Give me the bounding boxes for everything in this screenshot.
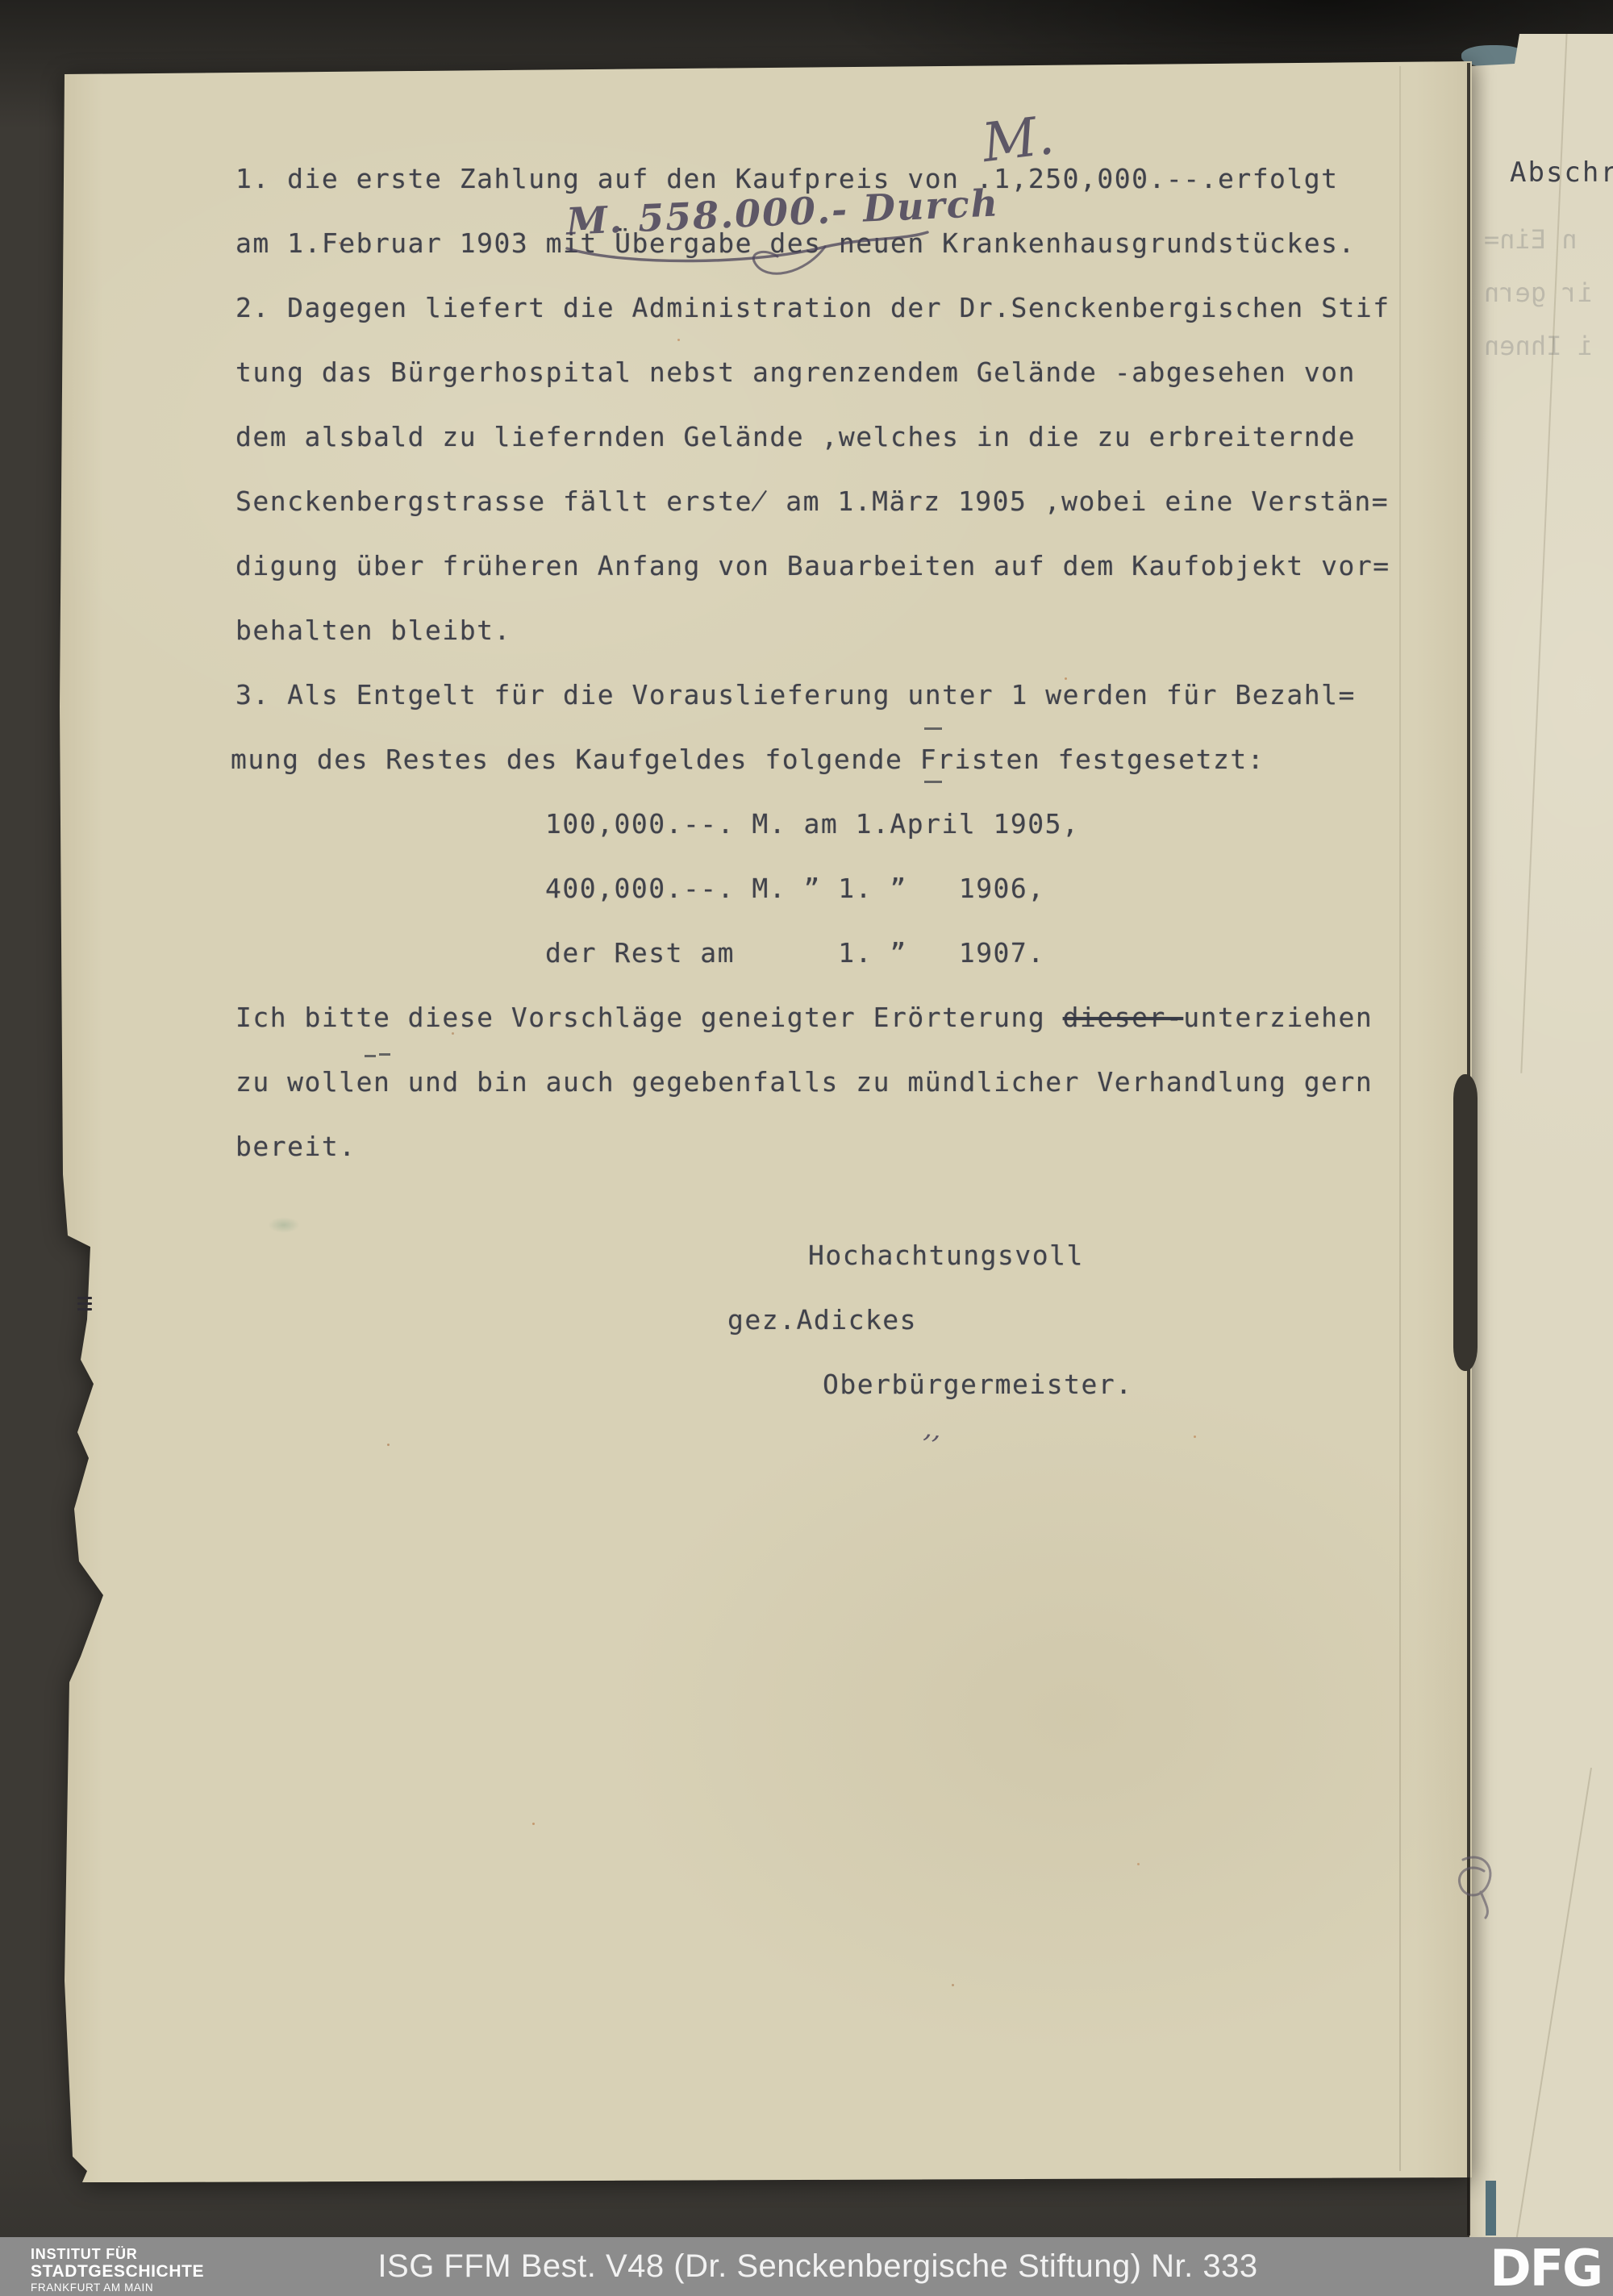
vertical-crease <box>1399 66 1401 2171</box>
typed-line-payment: der Rest am 1. ” 1907. <box>545 937 1045 969</box>
bleed-through-text: ir gern <box>1484 277 1593 308</box>
typed-line-payment: 400,000.--. M. ” 1. ” 1906, <box>545 873 1045 904</box>
signature-title: Oberbürgermeister. <box>823 1369 1133 1400</box>
overstrike-dash <box>365 1055 376 1057</box>
archive-footer-bar: INSTITUT FÜR STADTGESCHICHTE FRANKFURT A… <box>0 2237 1613 2296</box>
backing-object-bottom <box>1486 2181 1496 2236</box>
typed-line: digung über früheren Anfang von Bauarbei… <box>235 550 1390 581</box>
typed-line: tung das Bürgerhospital nebst angrenzend… <box>235 356 1356 388</box>
overstrike-dash <box>924 727 942 730</box>
dfg-logo: DFG <box>1490 2239 1602 2296</box>
handwritten-loop-mark <box>1448 1850 1505 1923</box>
signature-line: gez.Adickes <box>727 1304 917 1336</box>
typed-line: bereit. <box>235 1131 356 1162</box>
typed-line: Senckenbergstrasse fällt erste̸ am 1.Mär… <box>235 485 1389 517</box>
handwritten-currency-mark: M. <box>979 104 1057 174</box>
page-gap-shadow <box>1453 1074 1478 1371</box>
second-sheet-header: Abschr <box>1510 156 1613 189</box>
overstrike-dash <box>924 781 942 783</box>
ink-smudge <box>263 1215 305 1236</box>
typed-line: 3. Als Entgelt für die Vorauslieferung u… <box>235 679 1356 710</box>
staple-marks <box>77 1297 94 1315</box>
crease-line <box>1515 1768 1592 2237</box>
typed-line: zu wollen und bin auch gegebenfalls zu m… <box>235 1066 1373 1098</box>
typed-line: dem alsbald zu liefernden Gelände ,welch… <box>235 421 1356 452</box>
typed-line: mung des Restes des Kaufgeldes folgende … <box>231 744 1265 775</box>
bleed-through-text: n Ein= <box>1484 224 1578 255</box>
crease-line <box>1520 34 1568 1073</box>
archival-scan-viewer: { "scan": { "background_color": "#3d3a35… <box>0 0 1613 2296</box>
typed-line: behalten bleibt. <box>235 615 511 646</box>
archival-reference-caption: ISG FFM Best. V48 (Dr. Senckenbergische … <box>0 2248 1613 2285</box>
closing-salutation: Hochachtungsvoll <box>808 1240 1084 1271</box>
bleed-through-text: i Ihnen <box>1484 331 1593 361</box>
handwritten-underline-flourish <box>555 216 942 297</box>
typed-line: Ich bitte diese Vorschläge geneigter Erö… <box>235 1002 1373 1033</box>
typed-line-payment: 100,000.--. M. am 1.April 1905, <box>545 808 1079 840</box>
struck-word: dieser- <box>1063 1002 1184 1033</box>
typed-segment: unterziehen <box>1183 1002 1373 1033</box>
typed-segment: Ich bitte diese Vorschläge geneigter Erö… <box>235 1002 1063 1033</box>
overstrike-dash <box>379 1053 390 1056</box>
